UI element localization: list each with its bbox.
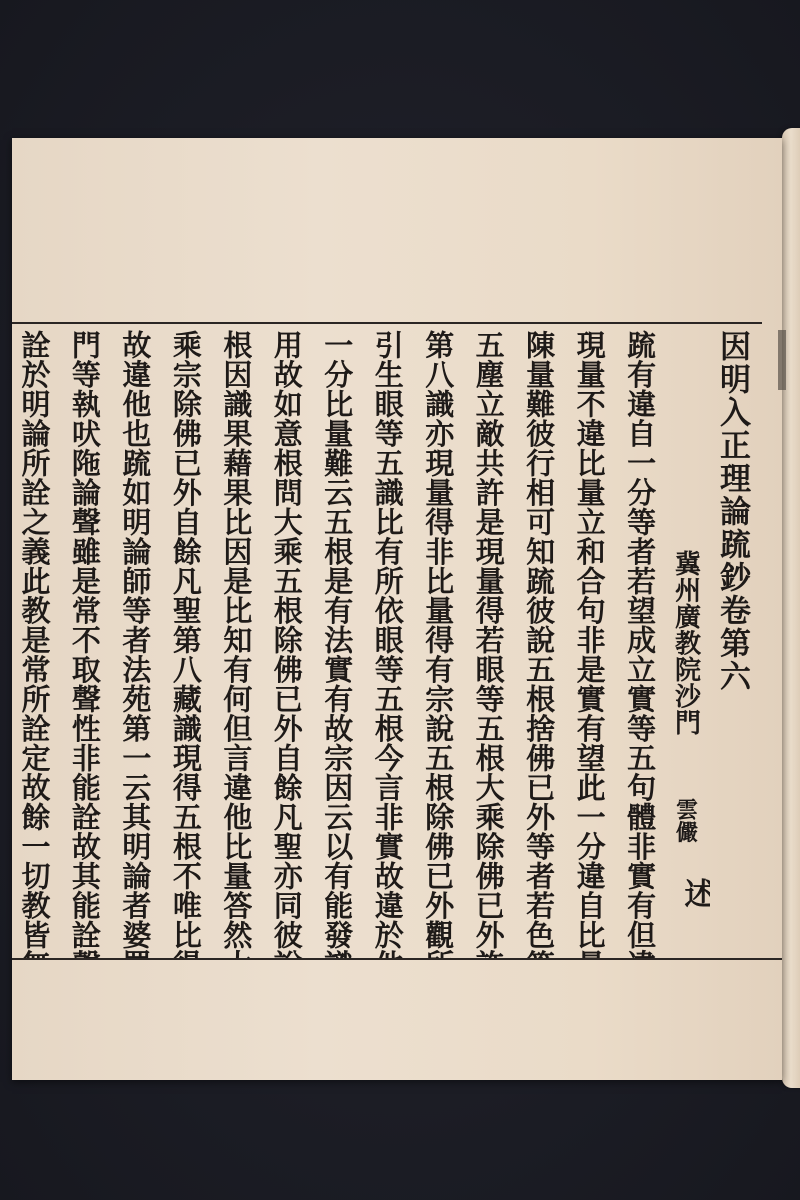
text-column-7: 一分比量難云五根是有法實有故宗因云以有能發識 xyxy=(315,330,365,958)
text-column-9: 根因識果藉果比因是比知有何但言違他比量答然大 xyxy=(214,330,264,958)
author-verb: 述 xyxy=(678,878,710,909)
text-column-12: 門等執吠陁論聲雖是常不取聲性非能詮故其能詮聲 xyxy=(62,330,112,958)
text-column-6: 引生眼等五識比有所依眼等五根今言非實故違於他 xyxy=(365,330,415,958)
text-column-11: 故違他也䟽如明論師等者法苑第一云其明論者婆羅 xyxy=(113,330,163,958)
text-column-3: 陳量難彼行相可知䟽彼說五根捨佛已外等者若色等 xyxy=(517,330,567,958)
gutter-mark xyxy=(778,330,786,390)
text-column-5: 第八識亦現量得非比量得有宗說五根除佛已外觀所 xyxy=(416,330,466,958)
text-columns: 因明入正理論䟽鈔卷第六 冀州廣教院沙門 雲儼 述 䟽有違自一分等者若望成立實等五… xyxy=(12,330,772,958)
page-title: 因明入正理論䟽鈔卷第六 xyxy=(710,330,760,958)
photo-backdrop: 因明入正理論䟽鈔卷第六 冀州廣教院沙門 雲儼 述 䟽有違自一分等者若望成立實等五… xyxy=(0,0,800,1200)
text-column-10: 乘宗除佛已外自餘凡聖第八藏識現得五根不唯比得 xyxy=(163,330,213,958)
bottom-border-rule xyxy=(12,958,782,960)
author-place: 冀州廣教院沙門 xyxy=(668,550,703,736)
next-page-edge xyxy=(782,128,800,1088)
text-column-8: 用故如意根問大乘五根除佛已外自餘凡聖亦同彼說 xyxy=(264,330,314,958)
text-column-4: 五塵立敵共許是現量得若眼等五根大乘除佛已外許 xyxy=(466,330,516,958)
author-name: 雲儼 xyxy=(670,798,702,843)
text-column-1: 䟽有違自一分等者若望成立實等五句體非實有但違 xyxy=(618,330,668,958)
author-column: 冀州廣教院沙門 雲儼 述 xyxy=(668,330,709,958)
text-frame: 因明入正理論䟽鈔卷第六 冀州廣教院沙門 雲儼 述 䟽有違自一分等者若望成立實等五… xyxy=(12,322,782,960)
top-border-rule xyxy=(12,322,762,324)
text-column-2: 現量不違比量立和合句非是實有望此一分違自比量 xyxy=(567,330,617,958)
text-column-13: 詮於明論所詮之義此教是常所詮定故餘一切教皆無 xyxy=(12,330,62,958)
